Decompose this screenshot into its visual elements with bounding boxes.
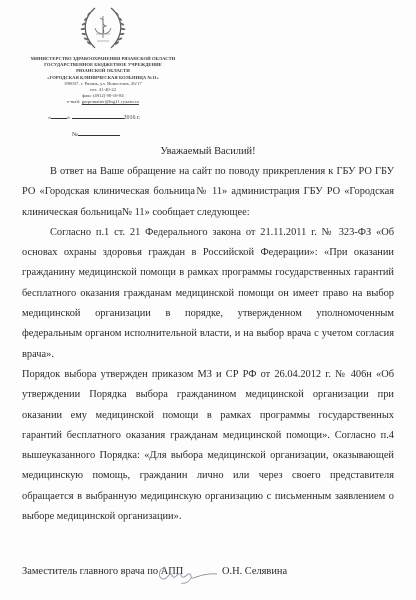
letter-body: В ответ на Ваше обращение на сайт по пов… (22, 162, 394, 527)
day-blank (51, 118, 67, 119)
date-year: 2016 г. (124, 115, 141, 121)
paragraph-federal-law: Согласно п.1 ст. 21 Федерального закона … (22, 223, 394, 365)
letterhead: МИНИСТЕРСТВО ЗДРАВООХРАНЕНИЯ РЯЗАНСКОЙ О… (18, 4, 188, 106)
number-blank (78, 135, 120, 136)
email-link[interactable]: gorpomatter@bsg11.ryazan.ru (82, 99, 139, 104)
signature-block: Заместитель главного врача по АПП О.Н. С… (22, 561, 394, 583)
document-number-line: № (72, 132, 120, 138)
paragraph-intro: В ответ на Ваше обращение на сайт по пов… (22, 162, 394, 223)
signatory-name: О.Н. Селявина (222, 566, 287, 577)
caduceus-laurel-emblem-icon (73, 4, 133, 56)
date-line: «» 2016 г. (48, 115, 140, 121)
email-label: e-mail: (67, 99, 80, 104)
letter-page: МИНИСТЕРСТВО ЗДРАВООХРАНЕНИЯ РЯЗАНСКОЙ О… (0, 0, 416, 600)
month-blank (72, 118, 124, 119)
greeting: Уважаемый Василий! (0, 146, 416, 157)
hospital-email-line: e-mail: gorpomatter@bsg11.ryazan.ru (18, 99, 188, 105)
paragraph-order: Порядок выбора утвержден приказом МЗ и С… (22, 365, 394, 527)
handwritten-signature-icon (155, 561, 225, 585)
date-close-quote: » (67, 115, 70, 121)
